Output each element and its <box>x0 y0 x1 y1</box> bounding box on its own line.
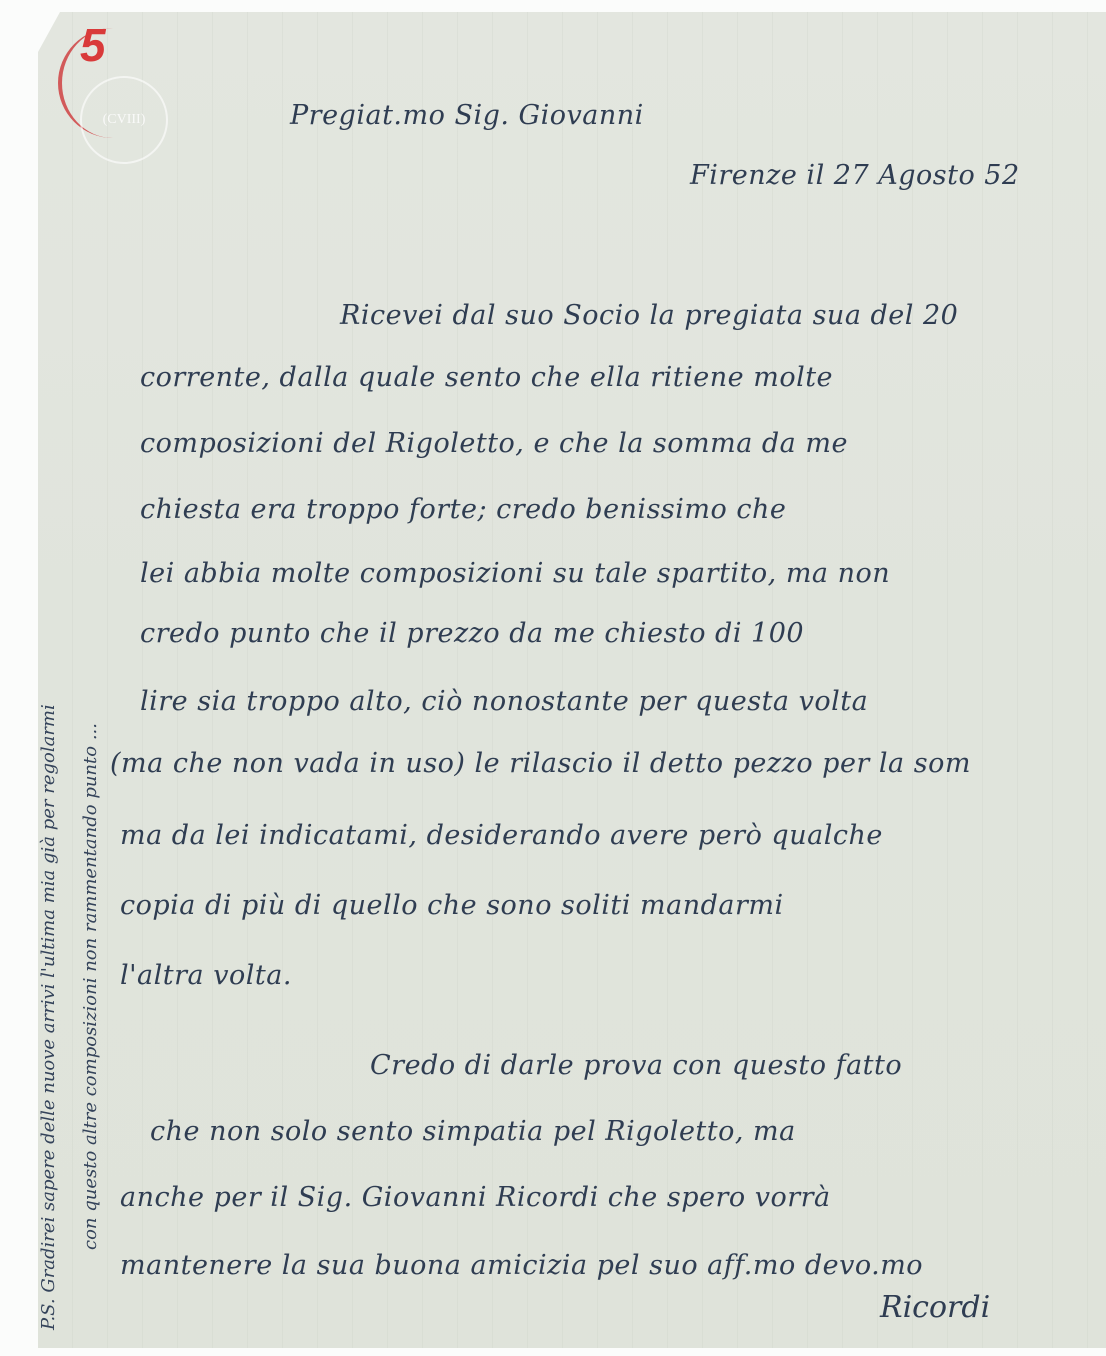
body-line: anche per il Sig. Giovanni Ricordi che s… <box>120 1182 831 1213</box>
body-line: lei abbia molte composizioni su tale spa… <box>140 558 890 589</box>
page-number: 5 <box>80 18 106 72</box>
body-line: che non solo sento simpatia pel Rigolett… <box>150 1116 796 1147</box>
body-line: l'altra volta. <box>120 960 292 991</box>
body-line: composizioni del Rigoletto, e che la som… <box>140 428 848 459</box>
body-line: credo punto che il prezzo da me chiesto … <box>140 618 804 649</box>
body-line: corrente, dalla quale sento che ella rit… <box>140 362 833 393</box>
embossed-stamp: (CVIII) <box>80 76 168 164</box>
body-line: chiesta era troppo forte; credo benissim… <box>140 494 786 525</box>
body-line: copia di più di quello che sono soliti m… <box>120 890 784 921</box>
body-line: ma da lei indicatami, desiderando avere … <box>120 820 883 851</box>
body-line: lire sia troppo alto, ciò nonostante per… <box>140 686 868 717</box>
body-line: (ma che non vada in uso) le rilascio il … <box>110 748 971 779</box>
signature: Ricordi <box>880 1290 990 1325</box>
margin-note-line-1: P.S. Gradirei sapere delle nuove arrivi … <box>38 704 59 1330</box>
margin-note-line-2: con questo altre composizioni non rammen… <box>80 723 101 1250</box>
salutation: Pregiat.mo Sig. Giovanni <box>290 100 644 131</box>
body-line: Credo di darle prova con questo fatto <box>370 1050 902 1081</box>
body-line: mantenere la sua buona amicizia pel suo … <box>120 1250 923 1281</box>
body-line: Ricevei dal suo Socio la pregiata sua de… <box>340 300 958 331</box>
dateline: Firenze il 27 Agosto 52 <box>690 160 1020 191</box>
letter-page <box>38 12 1106 1348</box>
